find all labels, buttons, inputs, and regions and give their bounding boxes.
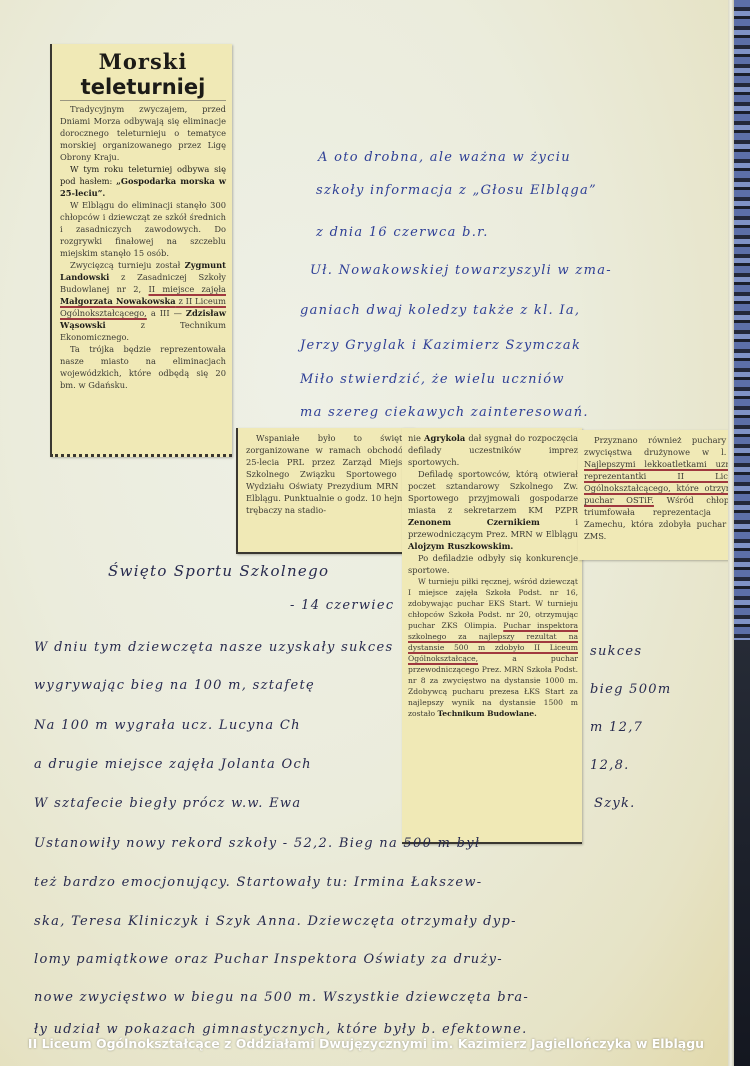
clipping-paragraph: W tym roku teleturniej odbywa się pod ha… [60,163,226,199]
clipping-text: Defiladę sportowców, którą otwierał pocz… [408,469,578,515]
winner-2-name: Małgorzata Nowakowska [60,296,176,306]
handwritten-line: Ustanowiły nowy rekord szkoły - 52,2. Bi… [34,836,480,851]
handwritten-line: Uł. Nowakowskiej towarzyszyli w zma- [310,263,612,278]
handwritten-line: ganiach dwaj koledzy także z kl. Ia, [300,303,580,318]
clipping-text: II miejsce zajęła [149,284,226,294]
clipping-text: a III — [147,308,186,318]
handwritten-line-right: sukces [590,644,642,659]
clipping-headline-line2: teleturniej [60,74,226,101]
clipping-sport-column-2: nie Agrykola dał sygnał do rozpoczęcia d… [402,428,582,844]
clipping-sport-column-3: Przyznano również puchary za zwycięstwa … [578,430,732,560]
watermark-caption: II Liceum Ogólnokształcące z Oddziałami … [0,1036,732,1051]
handwritten-line: a drugie miejsce zajęła Jolanta Och [34,757,394,772]
clipping-paragraph: Zwycięzcą turnieju został Zygmunt Landow… [60,259,226,343]
handwritten-line: ły udział w pokazach gimnastycznych, któ… [34,1022,528,1037]
handwritten-line: wygrywając bieg na 100 m, sztafetę [34,678,394,693]
official-name: Alojzym Ruszkowskim. [408,541,513,551]
clipping-paragraph: Tradycyjnym zwyczajem, przed Dniami Morz… [60,103,226,163]
handwritten-line: ma szereg ciekawych zainteresowań. [300,405,589,420]
scrapbook-page: Morski teleturniej Tradycyjnym zwyczajem… [0,0,732,1066]
handwritten-line-right: bieg 500m [590,682,671,697]
handwritten-line: W sztafecie biegły prócz w.w. Ewa [34,796,394,811]
clipping-morski-teleturniej: Morski teleturniej Tradycyjnym zwyczajem… [50,44,232,457]
handwritten-title: Święto Sportu Szkolnego [108,562,329,580]
clipping-paragraph: Defiladę sportowców, którą otwierał pocz… [408,468,578,552]
handwritten-line: Na 100 m wygrała ucz. Lucyna Ch [34,718,394,733]
handwritten-line: ska, Teresa Kliniczyk i Szyk Anna. Dziew… [34,914,517,929]
handwritten-line: Jerzy Gryglak i Kazimierz Szymczak [300,338,581,353]
handwritten-line: też bardzo emocjonujący. Startowały tu: … [34,875,482,890]
official-name: Zenonem Czernikiem [408,517,540,527]
clipping-paragraph: Wspaniałe było to święto, zorganizowane … [246,432,410,516]
handwritten-line: lomy pamiątkowe oraz Puchar Inspektora O… [34,952,503,967]
clipping-paragraph: Ta trójka będzie reprezentowała nasze mi… [60,343,226,391]
clipping-text: nie [408,433,424,443]
clipping-paragraph: Przyznano również puchary za zwycięstwa … [584,434,732,542]
clipping-text: Zwycięzcą turnieju został [70,260,185,270]
background-shadow [734,640,750,1066]
stadium-name: Agrykola [424,433,465,443]
handwritten-line: z dnia 16 czerwca b.r. [316,225,489,240]
handwritten-line: szkoły informacja z „Głosu Elbląga” [316,183,597,198]
clipping-paragraph: W Elblągu do eliminacji stanęło 300 chło… [60,199,226,259]
handwritten-line: nowe zwycięstwo w biegu na 500 m. Wszyst… [34,990,529,1005]
handwritten-line: W dniu tym dziewczęta nasze uzyskały suk… [34,640,394,655]
clipping-paragraph: Po defiladzie odbyły się konkurencje spo… [408,552,578,576]
school-name: Technikum Budowlane. [438,709,537,718]
handwritten-date: - 14 czerwiec [290,598,394,613]
handwritten-line: A oto drobna, ale ważna w życiu [318,150,571,165]
handwritten-line-right: Szyk. [594,796,636,811]
handwritten-line: Miło stwierdzić, że wielu uczniów [300,372,565,387]
clipping-sport-column-1: Wspaniałe było to święto, zorganizowane … [236,428,414,554]
handwritten-line-right: 12,8. [590,758,630,773]
clipping-paragraph: W turnieju piłki ręcznej, wśród dziewczą… [408,576,578,719]
clipping-headline-line1: Morski [60,50,226,74]
clipping-paragraph: nie Agrykola dał sygnał do rozpoczęcia d… [408,432,578,468]
handwritten-line-right: m 12,7 [590,720,643,735]
clipping-text: Przyznano również puchary za zwycięstwa … [584,435,732,457]
